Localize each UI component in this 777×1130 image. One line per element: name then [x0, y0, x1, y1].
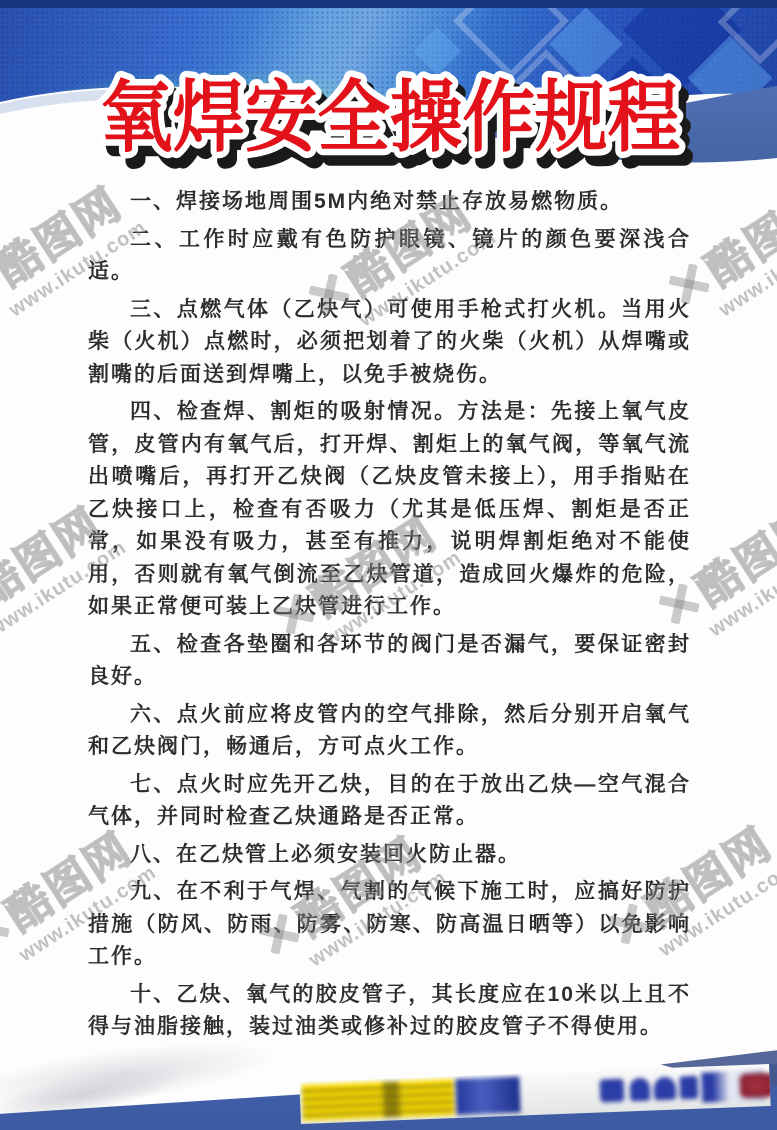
blurred-glyph-blob — [629, 1078, 650, 1102]
watermark-site-name: 酷图网 — [691, 169, 777, 298]
blurred-glyph-blob — [653, 1077, 676, 1101]
regulation-item-4: 四、检查焊、割炬的吸射情况。方法是：先接上氧气皮管，皮管内有氧气后，打开焊、割炬… — [88, 396, 691, 624]
regulation-item-1: 一、焊接场地周围5M内绝对禁止存放易燃物质。 — [88, 186, 691, 219]
regulation-item-5: 五、检查各垫圈和各环节的阀门是否漏气，要保证密封良好。 — [88, 629, 691, 694]
regulation-item-7: 七、点火时应先开乙炔，目的在于放出乙炔—空气混合气体，并同时检查乙炔通路是否正常… — [88, 769, 691, 834]
poster-title-text: 氧焊安全操作规程 — [100, 73, 680, 161]
header-banner: 氧焊安全操作规程 氧焊安全操作规程 — [0, 0, 777, 185]
watermark-site-url: www.ikutu.com — [705, 508, 777, 642]
regulations-body: 一、焊接场地周围5M内绝对禁止存放易燃物质。 二、工作时应戴有色防护眼镜、镜片的… — [88, 186, 691, 1049]
ikutu-logo-icon — [0, 259, 4, 309]
watermark-site-name: 酷图网 — [681, 489, 777, 618]
blurred-red-blob — [739, 1073, 770, 1098]
footer-band-area — [0, 1035, 777, 1130]
blurred-glyph-blob — [679, 1076, 698, 1100]
ikutu-logo-icon — [0, 904, 14, 954]
header-top-strip — [0, 0, 777, 8]
watermark-site-url: www.ikutu.com — [715, 188, 777, 322]
blurred-glyph-blob — [599, 1079, 624, 1103]
regulation-item-6: 六、点火前应将皮管内的空气排除，然后分别开启氧气和乙炔阀门，畅通后，方可点火工作… — [88, 699, 691, 764]
blurred-navy-block — [455, 1077, 520, 1115]
poster-title: 氧焊安全操作规程 氧焊安全操作规程 — [80, 32, 700, 182]
regulation-item-10: 十、乙炔、氧气的胶皮管子，其长度应在10米以上且不得与油脂接触，装过油类或修补过… — [88, 979, 691, 1044]
regulation-item-9: 九、在不利于气焊、气割的气候下施工时，应搞好防护措施（防风、防雨、防雾、防寒、防… — [88, 876, 691, 974]
blurred-yellow-block — [301, 1079, 454, 1121]
safety-poster: 氧焊安全操作规程 氧焊安全操作规程 一、焊接场地周围5M内绝对禁止存放易燃物质。… — [0, 0, 777, 1130]
regulation-item-2: 二、工作时应戴有色防护眼镜、镜片的颜色要深浅合适。 — [88, 224, 691, 289]
regulation-item-3: 三、点燃气体（乙炔气）可使用手枪式打火机。当用火柴（火机）点燃时，必须把划着了的… — [88, 294, 691, 392]
regulation-item-8: 八、在乙炔管上必须安装回火防止器。 — [88, 839, 691, 872]
